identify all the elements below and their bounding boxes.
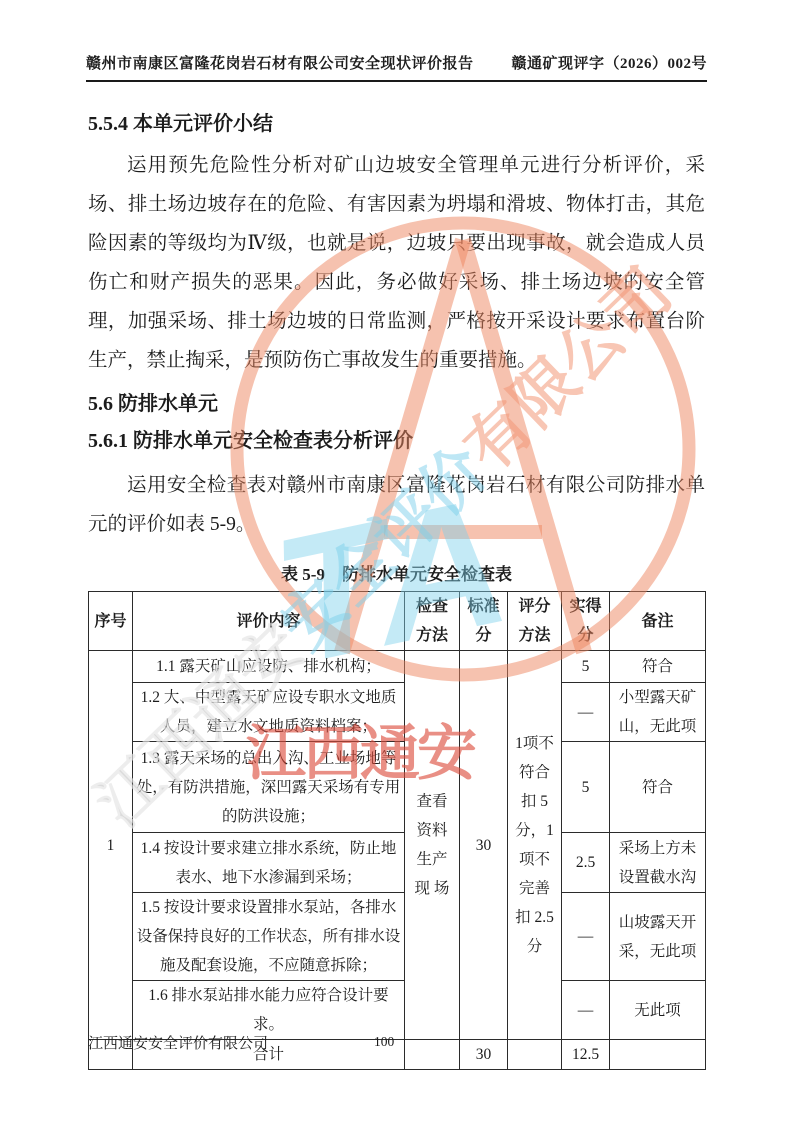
score-cell-1-6: — [562, 981, 610, 1040]
col-header-check-method: 检查 方法 [405, 592, 460, 651]
content-cell-1-1: 1.1 露天矿山应设防、排水机构； [133, 651, 405, 683]
col-header-note: 备注 [610, 592, 706, 651]
col-header-content: 评价内容 [133, 592, 405, 651]
table-row: 1.6 排水泵站排水能力应符合设计要求。 — 无此项 [89, 981, 706, 1040]
running-header-right: 赣通矿现评字（2026）002号 [511, 52, 707, 73]
table-row: 1.5 按设计要求设置排水泵站，各排水设备保持良好的工作状态，所有排水设施及配套… [89, 893, 706, 981]
section-title-56: 5.6 防排水单元 [88, 387, 705, 421]
note-cell-1-6: 无此项 [610, 981, 706, 1040]
table-caption: 表 5-9 防排水单元安全检查表 [88, 560, 705, 585]
total-standard-cell: 30 [460, 1040, 508, 1070]
table-row: 1.3 露天采场的总出入沟、工业场地等处，有防洪措施，深凹露天采场有专用的防洪设… [89, 742, 706, 833]
running-header-left: 赣州市南康区富隆花岗岩石材有限公司安全现状评价报告 [86, 52, 474, 73]
document-page: 赣州市南康区富隆花岗岩石材有限公司安全现状评价报告 赣通矿现评字（2026）00… [0, 0, 793, 1122]
check-method-cell: 查看 资料 生产 现 场 [405, 651, 460, 1040]
score-cell-1-5: — [562, 893, 610, 981]
total-scoring-cell-empty [508, 1040, 562, 1070]
note-cell-1-3: 符合 [610, 742, 706, 833]
total-method-cell-empty [405, 1040, 460, 1070]
total-note-cell-empty [610, 1040, 706, 1070]
table-row: 1.2 大、中型露天矿应设专职水文地质人员，建立水文地质资料档案； — 小型露天… [89, 683, 706, 742]
page-body: 5.5.4 本单元评价小结 运用预先危险性分析对矿山边坡安全管理单元进行分析评价… [88, 100, 705, 1070]
score-cell-1-2: — [562, 683, 610, 742]
section-title-554: 5.5.4 本单元评价小结 [88, 110, 705, 138]
section-title-561: 5.6.1 防排水单元安全检查表分析评价 [88, 424, 705, 458]
note-cell-1-4: 采场上方未设置截水沟 [610, 833, 706, 893]
col-header-actual-score: 实得 分 [562, 592, 610, 651]
standard-score-cell: 30 [460, 651, 508, 1040]
note-cell-1-2: 小型露天矿山，无此项 [610, 683, 706, 742]
scoring-method-cell: 1项不 符合 扣 5 分，1 项不 完善 扣 2.5 分 [508, 651, 562, 1040]
total-actual-cell: 12.5 [562, 1040, 610, 1070]
col-header-standard-score: 标准 分 [460, 592, 508, 651]
table-header-row: 序号 评价内容 检查 方法 标准 分 评分 方法 实得 分 备注 [89, 592, 706, 651]
note-cell-1-1: 符合 [610, 651, 706, 683]
content-cell-1-3: 1.3 露天采场的总出入沟、工业场地等处，有防洪措施，深凹露天采场有专用的防洪设… [133, 742, 405, 833]
section-561-paragraph: 运用安全检查表对赣州市南康区富隆花岗岩石材有限公司防排水单元的评价如表 5-9。 [88, 466, 705, 544]
table-row: 1.4 按设计要求建立排水系统，防止地表水、地下水渗漏到采场； 2.5 采场上方… [89, 833, 706, 893]
section-554-paragraph: 运用预先危险性分析对矿山边坡安全管理单元进行分析评价，采场、排土场边坡存在的危险… [88, 146, 705, 380]
content-cell-1-5: 1.5 按设计要求设置排水泵站，各排水设备保持良好的工作状态，所有排水设施及配套… [133, 893, 405, 981]
score-cell-1-4: 2.5 [562, 833, 610, 893]
seq-cell: 1 [89, 651, 133, 1040]
running-header: 赣州市南康区富隆花岗岩石材有限公司安全现状评价报告 赣通矿现评字（2026）00… [86, 52, 707, 82]
content-cell-1-6: 1.6 排水泵站排水能力应符合设计要求。 [133, 981, 405, 1040]
footer-company: 江西通安安全评价有限公司 [88, 1032, 268, 1053]
content-cell-1-2: 1.2 大、中型露天矿应设专职水文地质人员，建立水文地质资料档案； [133, 683, 405, 742]
score-cell-1-3: 5 [562, 742, 610, 833]
safety-checklist-table: 序号 评价内容 检查 方法 标准 分 评分 方法 实得 分 备注 1 1.1 露… [88, 591, 706, 1070]
col-header-seq: 序号 [89, 592, 133, 651]
note-cell-1-5: 山坡露天开采，无此项 [610, 893, 706, 981]
page-number: 100 [374, 1034, 394, 1050]
content-cell-1-4: 1.4 按设计要求建立排水系统，防止地表水、地下水渗漏到采场； [133, 833, 405, 893]
score-cell-1-1: 5 [562, 651, 610, 683]
col-header-scoring-method: 评分 方法 [508, 592, 562, 651]
table-row: 1 1.1 露天矿山应设防、排水机构； 查看 资料 生产 现 场 30 1项不 … [89, 651, 706, 683]
